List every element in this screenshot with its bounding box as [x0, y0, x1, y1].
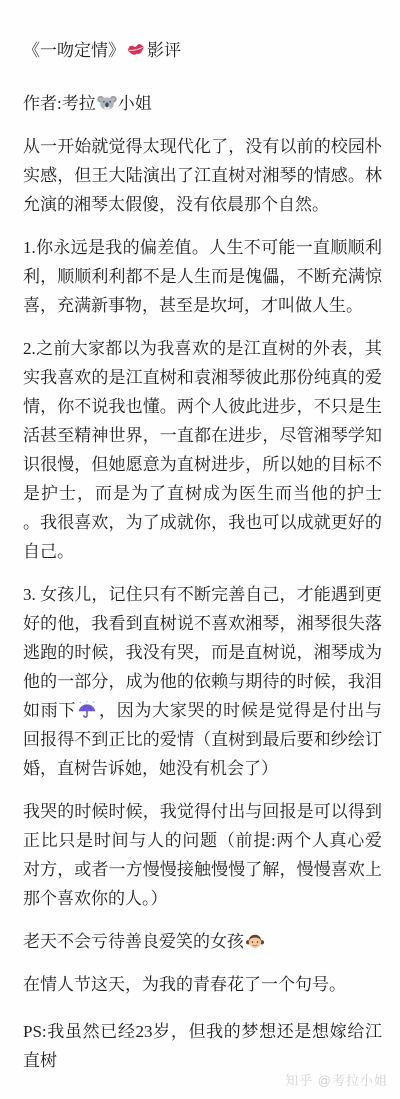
paragraph-point-1-text: 1.你永远是我的偏差值。人生不可能一直顺顺利利，顺顺利利都不是人生而是傀儡，不断… [23, 238, 382, 315]
author-prefix: 作者:考拉 [23, 94, 96, 113]
paragraph-point-3: 3. 女孩儿，记住只有不断完善自己，才能遇到更好的他，我看到直树说不喜欢湘琴，湘… [23, 580, 382, 783]
author-suffix: 小姐 [118, 94, 152, 113]
review-title-prefix: 《一吻定情》 [23, 41, 125, 60]
paragraph-kind-girl: 老天不会亏待善良爱笑的女孩 [23, 927, 382, 956]
paragraph-ps-text: PS:我虽然已经23岁，但我的梦想还是想嫁给江直树 [23, 1022, 382, 1070]
paragraph-point-2-text: 2.之前大家都以为我喜欢的是江直树的外表，其实我喜欢的是江直树和袁湘琴彼此那份纯… [23, 339, 382, 561]
paragraph-crying: 我哭的时候时候，我觉得付出与回报是可以得到正比只是时间与人的问题（前提:两个人真… [23, 797, 382, 913]
paragraph-intro: 从一开始就觉得太现代化了，没有以前的校园朴实感，但王大陆演出了江直树对湘琴的情感… [23, 132, 382, 219]
paragraph-point-1: 1.你永远是我的偏差值。人生不可能一直顺顺利利，顺顺利利都不是人生而是傀儡，不断… [23, 233, 382, 320]
umbrella-rain-emoji [77, 700, 97, 720]
article-content: 《一吻定情》影评 作者:考拉小姐 从一开始就觉得太现代化了，没有以前的校园朴实感… [0, 0, 400, 1075]
paragraph-intro-text: 从一开始就觉得太现代化了，没有以前的校园朴实感，但王大陆演出了江直树对湘琴的情感… [23, 137, 382, 214]
paragraph-valentine: 在情人节这天，为我的青春花了一个句号。 [23, 970, 382, 999]
paragraph-crying-text: 我哭的时候时候，我觉得付出与回报是可以得到正比只是时间与人的问题（前提:两个人真… [23, 802, 382, 908]
girl-emoji [245, 931, 265, 951]
paragraph-kind-girl-text: 老天不会亏待善良爱笑的女孩 [23, 932, 244, 951]
article-page: 《一吻定情》影评 作者:考拉小姐 从一开始就觉得太现代化了，没有以前的校园朴实感… [0, 0, 400, 1099]
paragraph-ps: PS:我虽然已经23岁，但我的梦想还是想嫁给江直树 [23, 1017, 382, 1075]
kiss-mark-emoji [126, 40, 146, 60]
koala-emoji [97, 93, 117, 113]
author-line: 作者:考拉小姐 [23, 89, 382, 118]
paragraph-valentine-text: 在情人节这天，为我的青春花了一个句号。 [23, 975, 346, 994]
zhihu-watermark: 知乎 @考拉小姐 [285, 1070, 388, 1089]
review-title: 《一吻定情》影评 [23, 36, 382, 65]
paragraph-point-2: 2.之前大家都以为我喜欢的是江直树的外表，其实我喜欢的是江直树和袁湘琴彼此那份纯… [23, 334, 382, 566]
review-title-suffix: 影评 [147, 41, 181, 60]
